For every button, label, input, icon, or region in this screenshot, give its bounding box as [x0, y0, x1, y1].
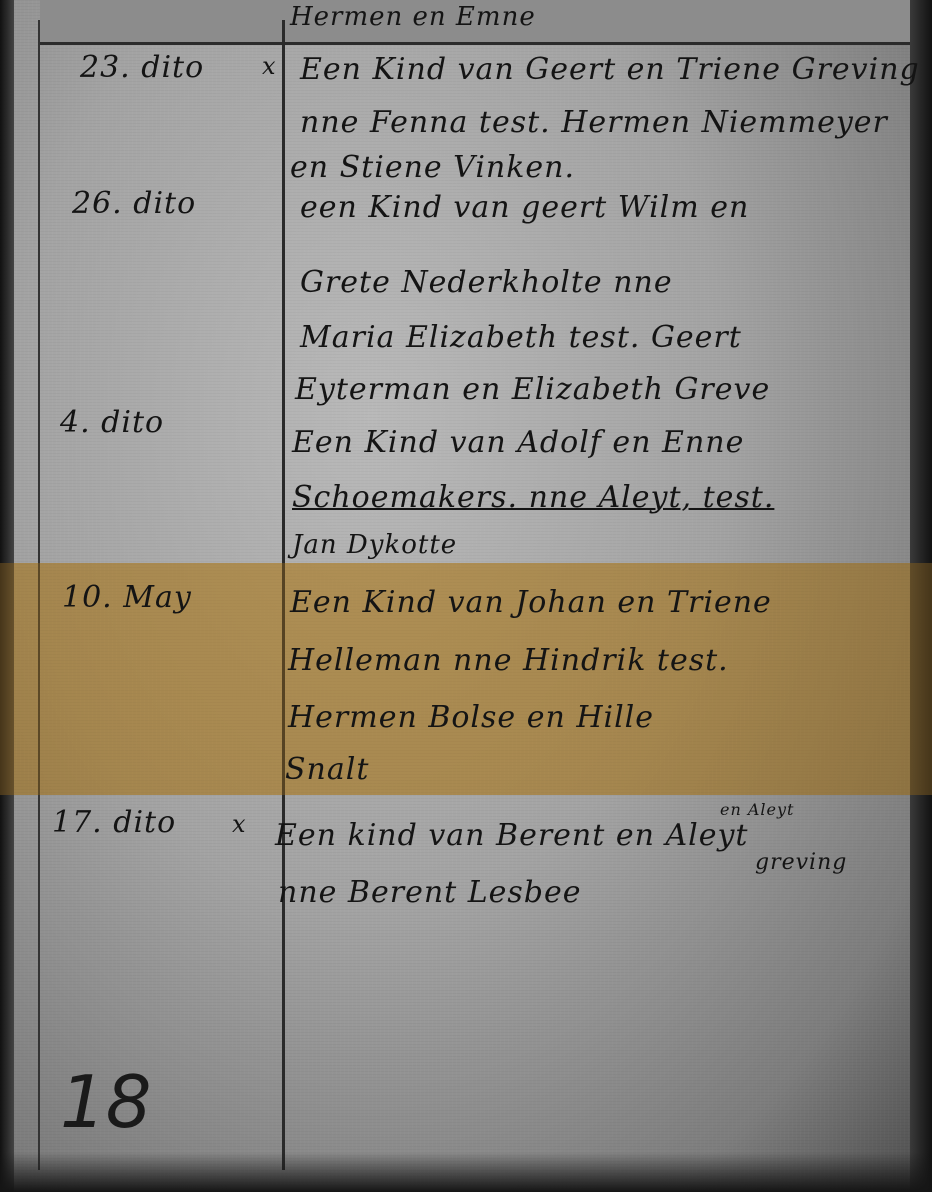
entry-line: nne Fenna test. Hermen Niemmeyer	[300, 105, 888, 140]
bottom-shadow	[0, 1152, 932, 1192]
entry-line: Jan Dykotte	[292, 530, 457, 560]
entry-line: Grete Nederkholte nne	[300, 265, 673, 300]
entry-line: Een kind van Berent en Aleyt	[275, 818, 748, 853]
entry-line: Snalt	[285, 752, 369, 787]
entry-line: Een Kind van Adolf en Enne	[292, 425, 744, 460]
entry-line: Maria Elizabeth test. Geert	[300, 320, 742, 355]
register-page: Hermen en Emne 23. dito x Een Kind van G…	[0, 0, 932, 1192]
entry-line: nne Berent Lesbee	[278, 875, 582, 910]
entry-date: 23. dito	[80, 50, 204, 85]
entry-line: Helleman nne Hindrik test.	[288, 643, 729, 678]
entry-date: 26. dito	[72, 186, 196, 221]
header-fragment: Hermen en Emne	[290, 2, 536, 32]
entry-mark: x	[262, 52, 277, 80]
entry-line: een Kind van geert Wilm en	[300, 190, 749, 225]
entry-line: Hermen Bolse en Hille	[288, 700, 654, 735]
page-number: 18	[60, 1060, 152, 1144]
entry-line: Eyterman en Elizabeth Greve	[295, 372, 770, 407]
entry-date: 4. dito	[60, 405, 164, 440]
entry-date: 10. May	[62, 580, 192, 615]
entry-date: 17. dito	[52, 805, 176, 840]
entry-mark: x	[232, 810, 247, 838]
entry-line: en Stiene Vinken.	[290, 150, 575, 185]
entry-line: greving	[755, 850, 847, 875]
interlinear-insertion: en Aleyt	[720, 800, 794, 819]
entry-line: Een Kind van Johan en Triene	[290, 585, 772, 620]
entry-line: Een Kind van Geert en Triene Greving	[300, 52, 920, 87]
entry-line: Schoemakers. nne Aleyt, test.	[292, 480, 774, 515]
